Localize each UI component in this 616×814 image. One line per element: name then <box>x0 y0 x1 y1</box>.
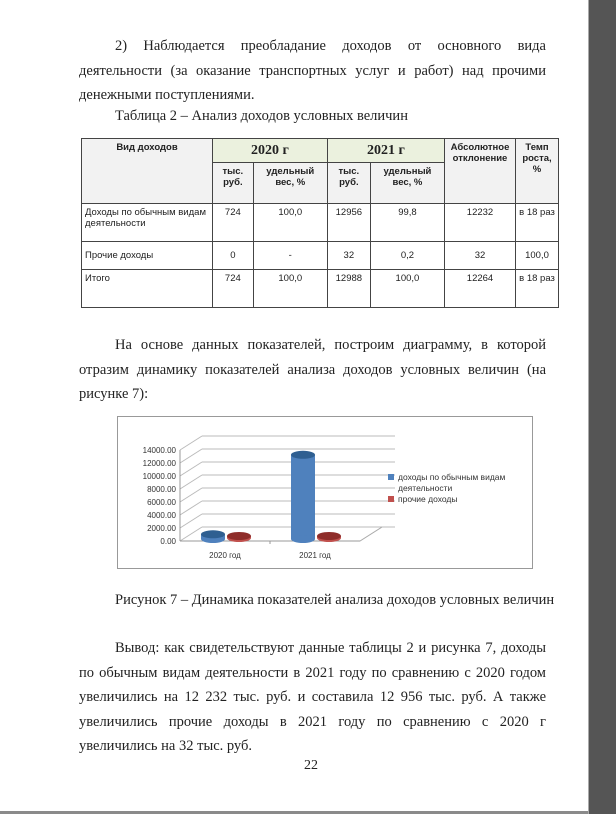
legend-swatch-blue <box>388 474 394 480</box>
svg-text:4000.00: 4000.00 <box>147 511 176 520</box>
header-2021-rub: тыс. руб. <box>327 163 370 204</box>
svg-text:12000.00: 12000.00 <box>143 459 177 468</box>
header-2021-share: удельный вес, % <box>370 163 444 204</box>
header-type: Вид доходов <box>82 139 213 204</box>
income-chart: 0.002000.004000.006000.008000.0010000.00… <box>117 416 533 569</box>
svg-text:0.00: 0.00 <box>160 537 176 546</box>
chart-legend: доходы по обычным видам деятельности про… <box>388 472 528 505</box>
paragraph-conclusion: Вывод: как свидетельствуют данные таблиц… <box>79 636 546 759</box>
figure-caption: Рисунок 7 – Динамика показателей анализа… <box>115 592 554 609</box>
header-year-2021: 2021 г <box>327 139 444 163</box>
svg-text:2020 год: 2020 год <box>209 551 241 560</box>
table-row: Итого 724 100,0 12988 100,0 12264 в 18 р… <box>82 270 559 308</box>
table-row: Прочие доходы 0 - 32 0,2 32 100,0 <box>82 242 559 270</box>
header-growth-rate: Темп роста, % <box>516 139 559 204</box>
svg-text:2021 год: 2021 год <box>299 551 331 560</box>
page-number: 22 <box>304 758 318 774</box>
legend-item: доходы по обычным видам деятельности <box>388 472 528 494</box>
table-caption: Таблица 2 – Анализ доходов условных вели… <box>115 108 408 125</box>
paragraph-chart-intro: На основе данных показателей, построим д… <box>79 333 546 407</box>
header-abs-deviation: Абсолютное отклонение <box>445 139 516 204</box>
header-2020-share: удельный вес, % <box>253 163 327 204</box>
svg-text:10000.00: 10000.00 <box>143 472 177 481</box>
svg-text:8000.00: 8000.00 <box>147 485 176 494</box>
legend-swatch-red <box>388 496 394 502</box>
legend-item: прочие доходы <box>388 494 528 505</box>
viewer-side-panel <box>588 0 616 814</box>
income-analysis-table: Вид доходов 2020 г 2021 г Абсолютное отк… <box>81 138 559 308</box>
table-row: Доходы по обычным видам деятельности 724… <box>82 204 559 242</box>
paragraph-observation: 2) Наблюдается преобладание доходов от о… <box>79 34 546 108</box>
header-2020-rub: тыс. руб. <box>213 163 254 204</box>
header-year-2020: 2020 г <box>213 139 328 163</box>
svg-text:14000.00: 14000.00 <box>143 446 177 455</box>
document-page: 2) Наблюдается преобладание доходов от о… <box>0 0 588 812</box>
svg-text:2000.00: 2000.00 <box>147 524 176 533</box>
svg-text:6000.00: 6000.00 <box>147 498 176 507</box>
